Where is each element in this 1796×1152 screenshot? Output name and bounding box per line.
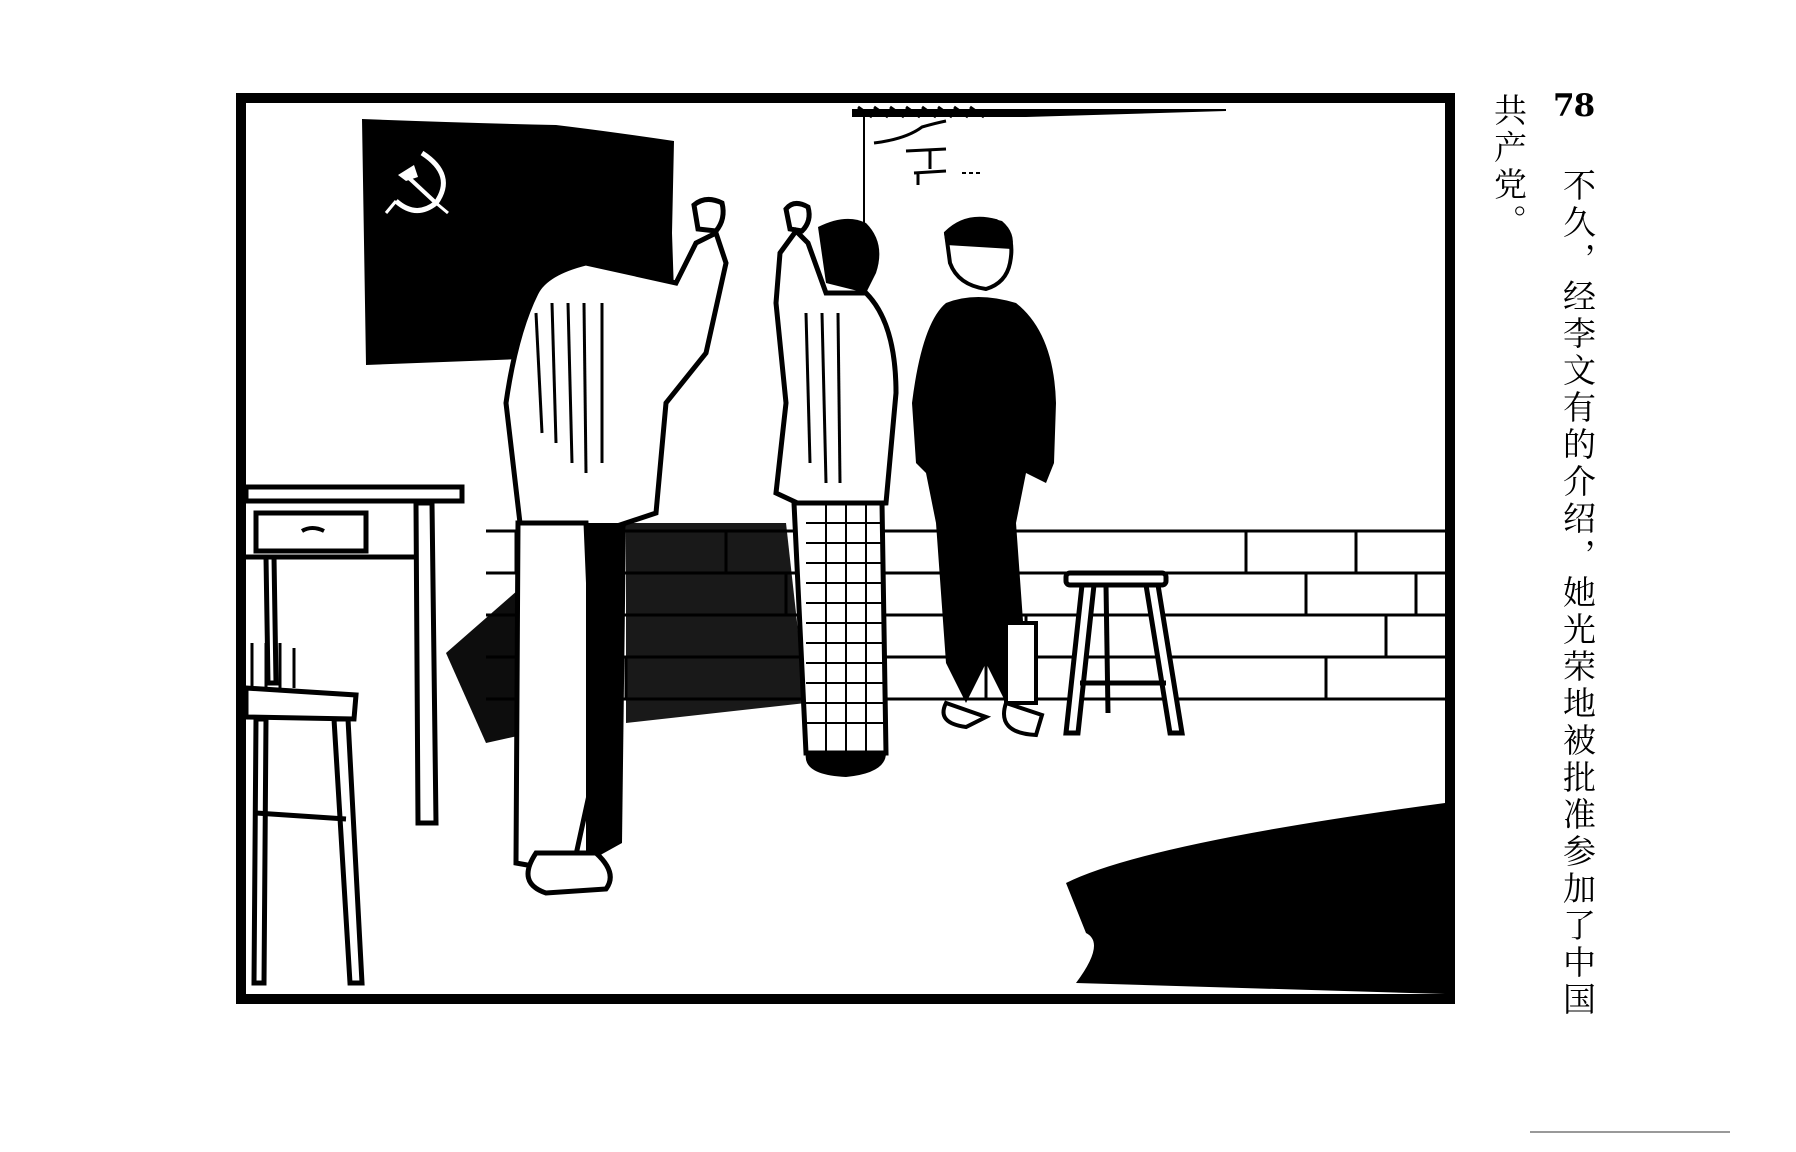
desk xyxy=(246,487,462,823)
chair xyxy=(246,643,362,983)
caption-line-2: 共产党。 xyxy=(1489,93,1527,241)
illustration-drawing xyxy=(246,103,1445,994)
stool xyxy=(1066,573,1182,733)
comic-page: 78 不久，经李文有的介绍，她光荣地被批准参加了中国 共产党。 xyxy=(0,0,1796,1152)
scan-artifact xyxy=(1530,1131,1730,1133)
page-number: 78 xyxy=(1553,88,1594,124)
caption-line-1: 不久，经李文有的介绍，她光荣地被批准参加了中国 xyxy=(1558,168,1596,1019)
illustration-panel xyxy=(236,93,1455,1004)
